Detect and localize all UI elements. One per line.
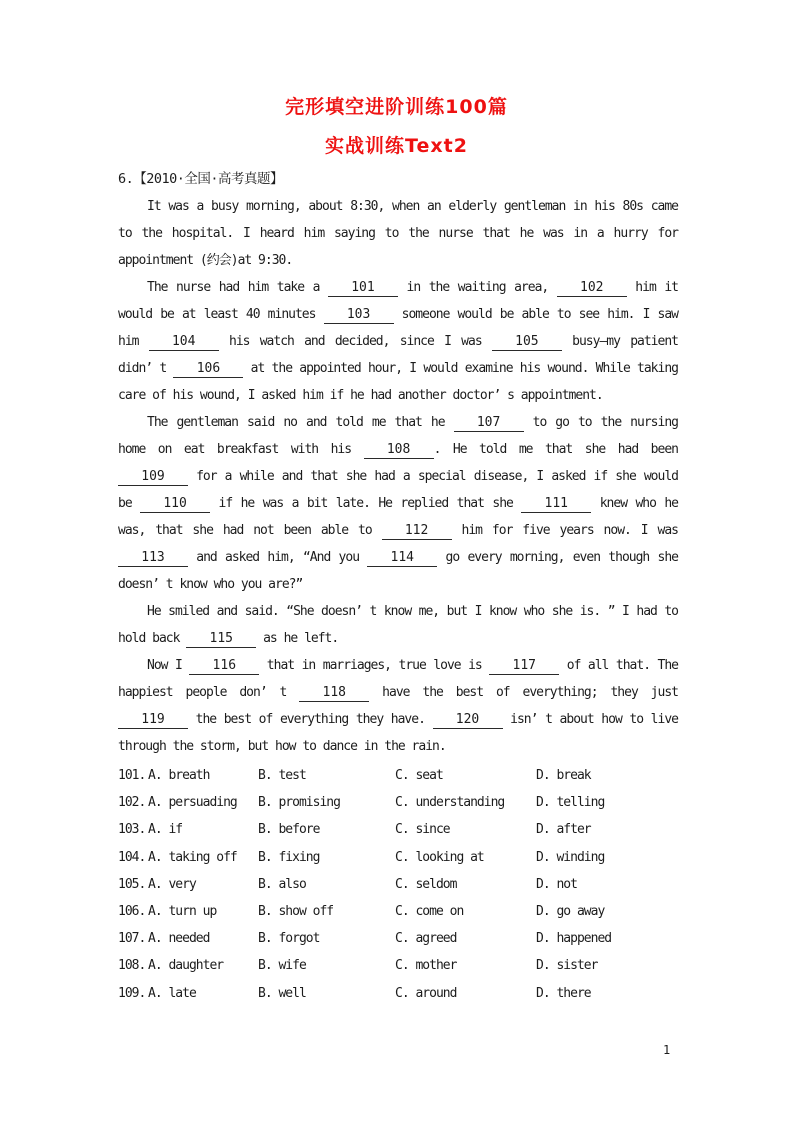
question-row: 105.A. veryB. alsoC. seldomD. not [118,871,698,898]
blank-111: 111 [521,495,591,513]
option-a: A. taking off [148,844,237,871]
question-row: 109.A. lateB. wellC. aroundD. there [118,980,698,1007]
option-a: A. needed [148,925,209,952]
option-b: B. fixing [258,844,319,871]
blank-120: 120 [433,711,503,729]
question-row: 106.A. turn upB. show offC. come onD. go… [118,898,698,925]
passage-paragraph: He smiled and said. “She doesn’ t know m… [118,598,678,652]
page-number: 1 [663,1042,670,1058]
option-b: B. also [258,871,306,898]
option-b: B. wife [258,952,306,979]
option-a: A. turn up [148,898,216,925]
question-row: 107.A. neededB. forgotC. agreedD. happen… [118,925,698,952]
option-a: A. late [148,980,196,1007]
option-c: C. mother [395,952,456,979]
option-d: D. after [536,816,591,843]
blank-105: 105 [492,333,562,351]
option-d: D. break [536,762,591,789]
option-c: C. agreed [395,925,456,952]
blank-119: 119 [118,711,188,729]
option-c: C. around [395,980,456,1007]
option-d: D. there [536,980,591,1007]
question-row: 101.A. breathB. testC. seatD. break [118,762,698,789]
question-number: 106. [118,898,145,925]
blank-104: 104 [149,333,219,351]
option-b: B. test [258,762,306,789]
option-c: C. looking at [395,844,484,871]
blank-109: 109 [118,468,188,486]
option-d: D. go away [536,898,604,925]
option-b: B. promising [258,789,340,816]
question-number: 102. [118,789,145,816]
blank-112: 112 [382,522,452,540]
blank-117: 117 [489,657,559,675]
passage-paragraph: Now I 116 that in marriages, true love i… [118,652,678,760]
question-number: 108. [118,952,145,979]
question-list: 101.A. breathB. testC. seatD. break102.A… [118,762,698,1007]
option-a: A. very [148,871,196,898]
blank-103: 103 [324,306,394,324]
option-c: C. seldom [395,871,456,898]
passage: It was a busy morning, about 8:30, when … [118,193,678,760]
option-a: A. if [148,816,182,843]
blank-118: 118 [299,684,369,702]
question-number: 105. [118,871,145,898]
option-c: C. since [395,816,450,843]
blank-108: 108 [364,441,434,459]
question-row: 103.A. ifB. beforeC. sinceD. after [118,816,698,843]
option-a: A. breath [148,762,209,789]
blank-114: 114 [367,549,437,567]
page-title: 完形填空进阶训练100篇 [0,92,793,119]
blank-101: 101 [328,279,398,297]
question-row: 104.A. taking offB. fixingC. looking atD… [118,844,698,871]
option-d: D. not [536,871,577,898]
question-number: 103. [118,816,145,843]
section-label: 6.【2010·全国·高考真题】 [118,167,283,187]
option-a: A. daughter [148,952,223,979]
option-b: B. well [258,980,306,1007]
question-number: 109. [118,980,145,1007]
blank-116: 116 [189,657,259,675]
option-c: C. seat [395,762,443,789]
option-c: C. come on [395,898,463,925]
document-page: 完形填空进阶训练100篇 实战训练Text2 6.【2010·全国·高考真题】 … [0,0,793,1122]
blank-113: 113 [118,549,188,567]
blank-106: 106 [173,360,243,378]
option-c: C. understanding [395,789,504,816]
option-d: D. winding [536,844,604,871]
question-number: 104. [118,844,145,871]
blank-107: 107 [454,414,524,432]
option-d: D. happened [536,925,611,952]
question-number: 107. [118,925,145,952]
option-a: A. persuading [148,789,237,816]
question-number: 101. [118,762,145,789]
option-d: D. telling [536,789,604,816]
passage-paragraph: The nurse had him take a 101 in the wait… [118,274,678,409]
blank-110: 110 [140,495,210,513]
passage-paragraph: It was a busy morning, about 8:30, when … [118,193,678,274]
blank-102: 102 [557,279,627,297]
option-d: D. sister [536,952,597,979]
passage-paragraph: The gentleman said no and told me that h… [118,409,678,598]
page-subtitle: 实战训练Text2 [0,131,793,158]
option-b: B. before [258,816,319,843]
question-row: 108.A. daughterB. wifeC. motherD. sister [118,952,698,979]
option-b: B. forgot [258,925,319,952]
blank-115: 115 [186,630,256,648]
option-b: B. show off [258,898,333,925]
question-row: 102.A. persuadingB. promisingC. understa… [118,789,698,816]
